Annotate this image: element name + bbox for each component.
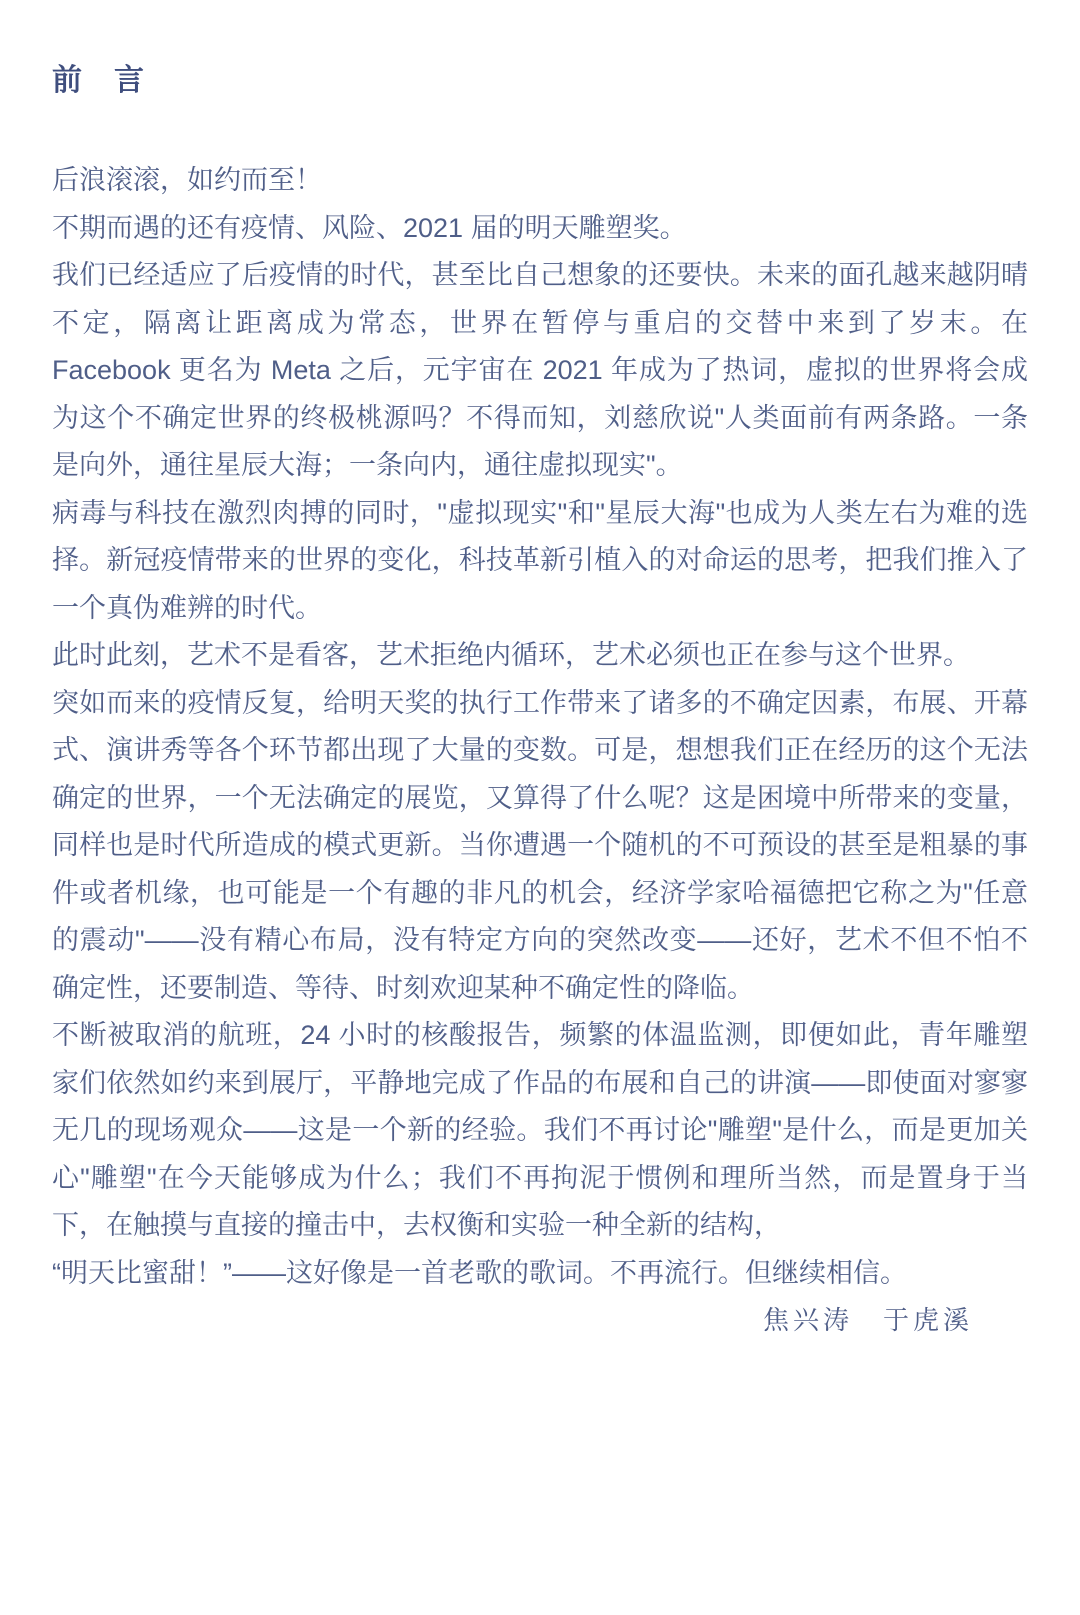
- paragraph-art-participates: 此时此刻，艺术不是看客，艺术拒绝内循环，艺术必须也正在参与这个世界。: [52, 632, 1028, 680]
- preface-document-page: 前 言 后浪滚滚，如约而至！ 不期而遇的还有疫情、风险、2021 届的明天雕塑奖…: [0, 0, 1080, 1615]
- paragraph-post-pandemic-era: 我们已经适应了后疫情的时代，甚至比自己想象的还要快。未来的面孔越来越阴晴不定，隔…: [52, 252, 1028, 490]
- signature: 焦兴涛 于虎溪: [52, 1297, 1028, 1345]
- paragraph-uncertain-exhibition: 突如而来的疫情反复，给明天奖的执行工作带来了诸多的不确定因素，布展、开幕式、演讲…: [52, 680, 1028, 1013]
- opening-line-1: 后浪滚滚，如约而至！: [52, 157, 1028, 205]
- closing-quote: “明天比蜜甜！”——这好像是一首老歌的歌词。不再流行。但继续相信。: [52, 1250, 1028, 1298]
- opening-line-2: 不期而遇的还有疫情、风险、2021 届的明天雕塑奖。: [52, 205, 1028, 253]
- page-title: 前 言: [52, 55, 1028, 99]
- paragraph-young-sculptors: 不断被取消的航班，24 小时的核酸报告，频繁的体温监测，即便如此，青年雕塑家们依…: [52, 1012, 1028, 1250]
- paragraph-virus-and-technology: 病毒与科技在激烈肉搏的同时，"虚拟现实"和"星辰大海"也成为人类左右为难的选择。…: [52, 490, 1028, 633]
